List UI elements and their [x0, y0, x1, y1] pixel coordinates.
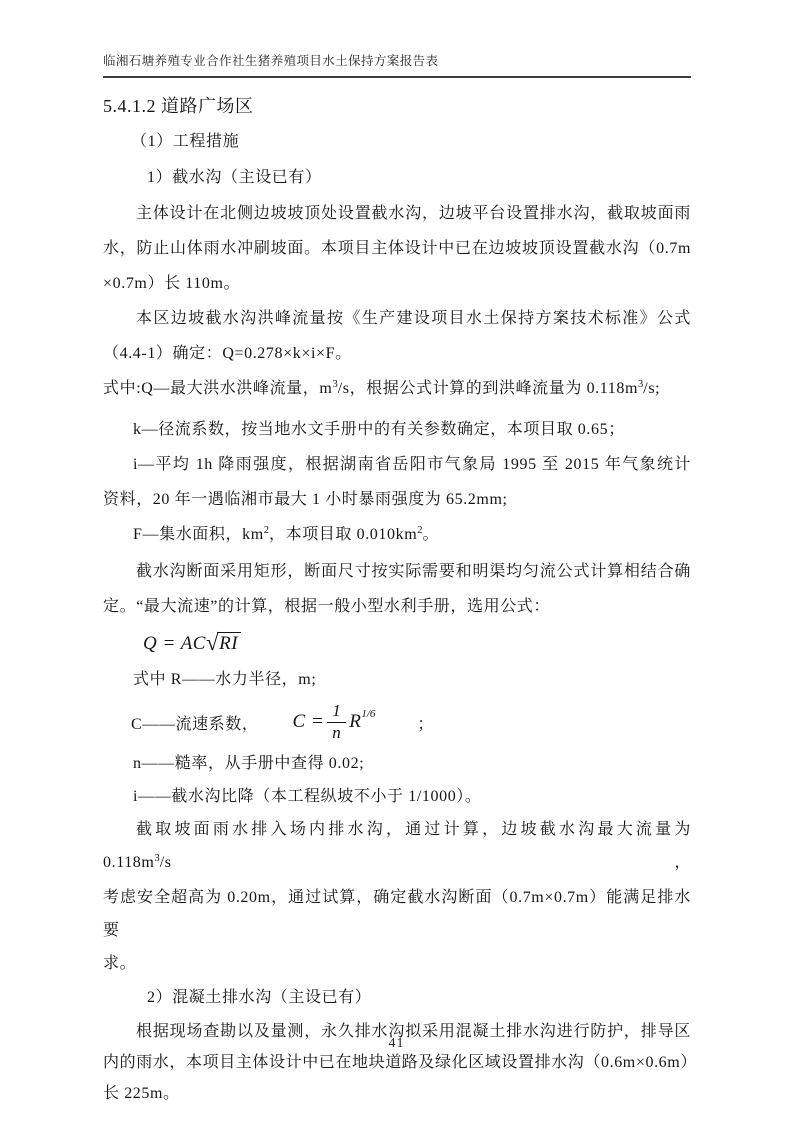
superscript: 3	[154, 853, 159, 864]
superscript: 3	[638, 379, 643, 390]
formula-exponent: 1/6	[361, 708, 375, 720]
section-heading: 5.4.1.2 道路广场区	[103, 88, 691, 124]
paragraph-calculation-result: 截取坡面雨水排入场内排水沟，通过计算，边坡截水沟最大流量为 0.118m3/s，…	[103, 813, 691, 980]
definition-k: k—径流系数，按当地水文手册中的有关参数确定，本项目取 0.65；	[103, 412, 691, 447]
formula-tail-punctuation: ；	[417, 711, 434, 734]
paragraph-line: （4.4-1）确定：Q=0.278×k×i×F。	[103, 336, 691, 371]
paragraph-main-design: 主体设计在北侧边坡坡顶处设置截水沟，边坡平台设置排水沟，截取坡面雨 水，防止山体…	[103, 196, 691, 301]
formula-body: Q = AC	[143, 633, 206, 654]
paragraph-line: 截水沟断面采用矩形，断面尺寸按实际需要和明渠均匀流公式计算相结合确	[103, 554, 691, 589]
paragraph-cross-section: 截水沟断面采用矩形，断面尺寸按实际需要和明渠均匀流公式计算相结合确 定。“最大流…	[103, 554, 691, 624]
formula-discharge: Q = AC√RI	[103, 624, 691, 662]
fraction-numerator: 1	[327, 702, 346, 723]
superscript: 2	[264, 525, 269, 536]
definition-n: n——糙率，从手册中查得 0.02;	[103, 747, 691, 780]
page-header: 临湘石塘养殖专业合作社生猪养殖项目水土保持方案报告表	[103, 52, 691, 78]
definition-C-label: C——流速系数，	[131, 711, 258, 734]
paragraph-line: 本区边坡截水沟洪峰流量按《生产建设项目水土保持方案技术标准》公式	[103, 301, 691, 336]
paragraph-peak-flow-standard: 本区边坡截水沟洪峰流量按《生产建设项目水土保持方案技术标准》公式 （4.4-1）…	[103, 301, 691, 371]
paragraph-line: 考虑安全超高为 0.20m，通过试算，确定截水沟断面（0.7m×0.7m）能满足…	[103, 881, 691, 947]
paragraph-line: i—平均 1h 降雨强度，根据湖南省岳阳市气象局 1995 至 2015 年气象…	[103, 447, 691, 482]
definition-i-rainfall: i—平均 1h 降雨强度，根据湖南省岳阳市气象局 1995 至 2015 年气象…	[103, 447, 691, 517]
paragraph-line: 求。	[103, 947, 691, 980]
formula-base: R	[349, 711, 361, 733]
radicand: RI	[217, 632, 241, 655]
paragraph-line: 截取坡面雨水排入场内排水沟，通过计算，边坡截水沟最大流量为 0.118m3/s，	[103, 813, 691, 881]
superscript: 3	[332, 379, 337, 390]
page-number: 41	[0, 1036, 793, 1052]
paragraph-line: ×0.7m）长 110m。	[103, 266, 691, 301]
definition-i-slope: i——截水沟比降（本工程纵坡不小于 1/1000）。	[103, 780, 691, 813]
header-title: 临湘石塘养殖专业合作社生猪养殖项目水土保持方案报告表	[103, 54, 438, 68]
paragraph-line: 长 225m。	[103, 1078, 691, 1109]
fraction-denominator: n	[332, 723, 341, 743]
paragraph-line: 资料，20 年一遇临湘市最大 1 小时暴雨强度为 65.2mm;	[103, 482, 691, 517]
formula-chezy: C = 1 n R1/6	[292, 702, 375, 742]
paragraph-line: 主体设计在北侧边坡坡顶处设置截水沟，边坡平台设置排水沟，截取坡面雨	[103, 196, 691, 231]
document-body: 5.4.1.2 道路广场区 （1）工程措施 1）截水沟（主设已有） 主体设计在北…	[103, 88, 691, 1109]
superscript: 2	[417, 525, 422, 536]
definition-R: 式中 R——水力半径，m;	[103, 662, 691, 697]
paragraph-line: 水，防止山体雨水冲刷坡面。本项目主体设计中已在边坡坡顶设置截水沟（0.7m	[103, 231, 691, 266]
definition-F: F—集水面积，km2，本项目取 0.010km2。	[103, 517, 691, 554]
paragraph-drainage-design: 根据现场查勘以及量测，永久排水沟拟采用混凝土排水沟进行防护，排导区 内的雨水，本…	[103, 1016, 691, 1109]
fraction: 1 n	[327, 702, 346, 742]
definition-C: C——流速系数， C = 1 n R1/6 ；	[103, 697, 691, 747]
item-heading-intercepting-ditch: 1）截水沟（主设已有）	[103, 160, 691, 196]
paragraph-line: 定。“最大流速”的计算，根据一般小型水利手册，选用公式：	[103, 589, 691, 624]
document-page: 临湘石塘养殖专业合作社生猪养殖项目水土保持方案报告表 5.4.1.2 道路广场区…	[0, 0, 793, 1122]
radical-sign: √	[206, 630, 219, 655]
formula-lhs: C =	[292, 711, 324, 733]
definition-Q: 式中:Q—最大洪水洪峰流量，m3/s，根据公式计算的到洪峰流量为 0.118m3…	[103, 371, 691, 408]
sub-heading-engineering-measures: （1）工程措施	[103, 124, 691, 160]
item-heading-concrete-drain: 2）混凝土排水沟（主设已有）	[103, 980, 691, 1016]
